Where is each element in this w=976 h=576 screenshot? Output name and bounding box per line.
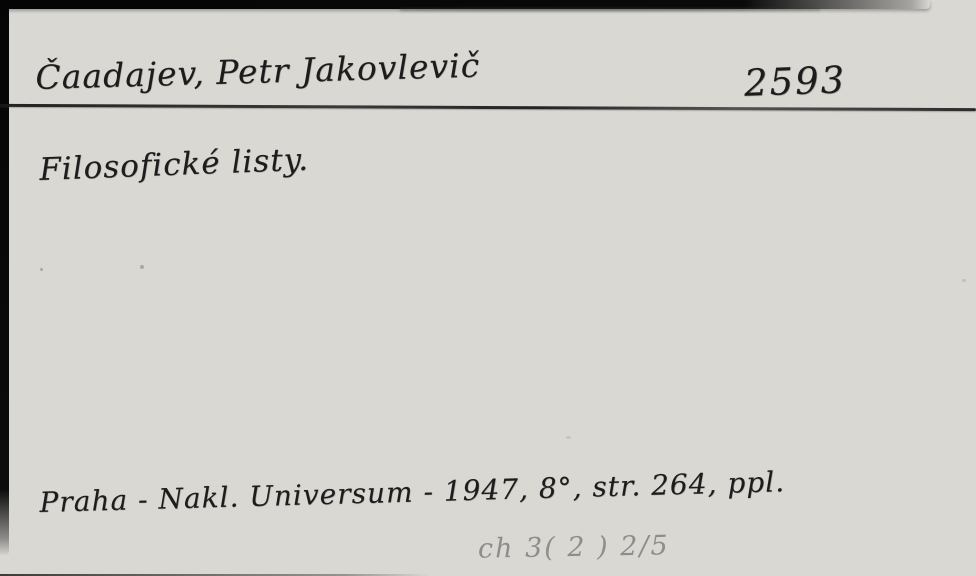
paper-speck	[140, 72, 143, 75]
catalog-number: 2593	[743, 58, 847, 105]
work-title: Filosofické listy.	[39, 142, 310, 188]
pencil-shelfmark: ch 3( 2 ) 2/5	[478, 530, 670, 564]
ruled-line	[0, 104, 976, 111]
paper-speck	[140, 265, 144, 269]
catalog-card-scan: Čaadajev, Petr Jakovlevič 2593 Filosofic…	[0, 0, 976, 576]
scan-smudge	[400, 6, 820, 13]
paper-speck	[962, 279, 966, 282]
author-heading: Čaadajev, Petr Jakovlevič	[35, 46, 481, 97]
scan-border-left	[0, 0, 9, 556]
imprint-line: Praha - Nakl. Universum - 1947, 8°, str.…	[39, 465, 785, 519]
paper-speck	[40, 268, 43, 271]
paper-speck	[566, 436, 571, 439]
